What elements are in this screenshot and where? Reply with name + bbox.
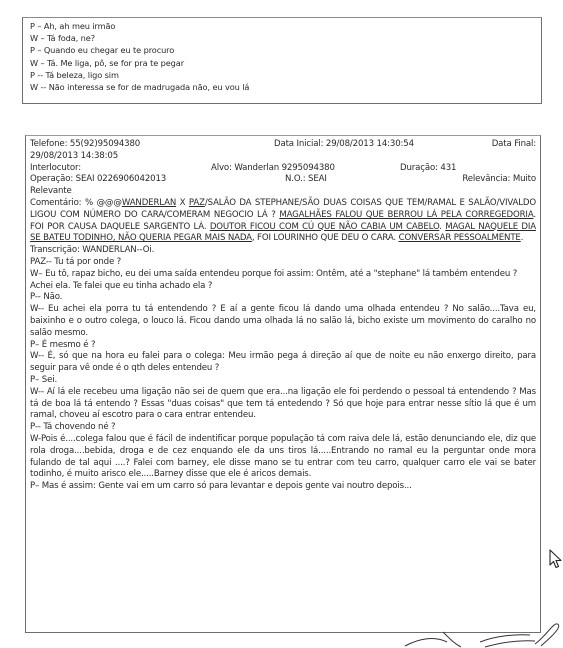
record-header-row-1: Telefone: 55(92)95094380 Data Inicial: 2… — [30, 139, 536, 151]
excerpt-line: W – Tá. Me liga, pô, se for pra te pegar — [30, 57, 535, 69]
record-header-row-4: Operação: SEAI 0226906042013 N.O.: SEAI … — [30, 174, 536, 186]
excerpt-line: W – Tá foda, ne? — [30, 32, 535, 44]
handwritten-signature-icon — [385, 620, 563, 648]
transcript-line: W-- Eu achei ela porra tu tá entendendo … — [30, 304, 536, 339]
no-field: N.O.: SEAI — [285, 174, 327, 186]
transcript-line: Achei ela. Te falei que eu tinha achado … — [30, 281, 536, 293]
excerpt-line: P – Ah, ah meu irmão — [30, 20, 535, 32]
comment-underlined: DOUTOR FICOU COM CÚ QUE NÃO CABIA UM CAB… — [210, 222, 439, 232]
comment-text: , FOI LOURINHO QUE DEU O CARA. — [252, 233, 399, 243]
comment-underlined: MAGALHÃES FALOU QUE BERROU LÁ PELA CORRE… — [279, 210, 533, 220]
transcript-line: W-Pois é....colega falou que é fácil de … — [30, 434, 536, 481]
duracao-field: Duração: 431 — [400, 163, 456, 175]
interlocutor-field: Interlocutor: — [30, 163, 81, 175]
interception-record-box: Telefone: 55(92)95094380 Data Inicial: 2… — [25, 135, 541, 633]
transcript-line: P– Sei. — [30, 375, 536, 387]
transcript-excerpt-box: P – Ah, ah meu irmão W – Tá foda, ne? P … — [22, 17, 542, 104]
transcript-line: P– É mesmo é ? — [30, 340, 536, 352]
comment-text: Comentário: % @@@ — [30, 198, 122, 208]
relevancia-value: Relevante — [30, 186, 72, 198]
telefone-field: Telefone: 55(92)95094380 — [30, 139, 140, 151]
data-final-label: Data Final: — [492, 139, 536, 151]
transcript-line: W-- Aí lá ele recebeu uma ligação não se… — [30, 387, 536, 422]
transcript-line: Transcrição: WANDERLAN--Oi. — [30, 245, 536, 257]
record-header-row-5: Relevante — [30, 186, 536, 198]
comment-text: X — [176, 198, 189, 208]
data-inicial-field: Data Inicial: 29/08/2013 14:30:54 — [274, 139, 414, 151]
comment-underlined: PAZ — [189, 198, 205, 208]
mouse-pointer-icon — [549, 549, 563, 569]
transcript-line: PAZ-- Tu tá por onde ? — [30, 257, 536, 269]
comment-underlined: CONVERSAR PESSOALMENTE — [399, 233, 521, 243]
excerpt-line: P -- Tá beleza, ligo sim — [30, 69, 535, 81]
record-header-row-3: Interlocutor: Alvo: Wanderlan 9295094380… — [30, 163, 536, 175]
alvo-field: Alvo: Wanderlan 9295094380 — [211, 163, 335, 175]
comment-paragraph: Comentário: % @@@WANDERLAN X PAZ/SALÃO D… — [30, 198, 536, 245]
comment-underlined: WANDERLAN — [122, 198, 176, 208]
operacao-field: Operação: SEAI 0226906042013 — [30, 174, 166, 186]
excerpt-line: P – Quando eu chegar eu te procuro — [30, 44, 535, 56]
transcript-line: P– Mas é assim: Gente vai em um carro só… — [30, 481, 536, 493]
transcript-line: W-- É, só que na hora eu falei para o co… — [30, 351, 536, 375]
comment-text: . — [521, 233, 524, 243]
data-final-value: 29/08/2013 14:38:05 — [30, 151, 118, 163]
transcript-line: P-- Tá chovendo né ? — [30, 422, 536, 434]
excerpt-line: W -- Não interessa se for de madrugada n… — [30, 81, 535, 93]
transcript-line: W– Eu tô, rapaz bicho, eu dei uma saída … — [30, 269, 536, 281]
relevancia-label: Relevância: Muito — [462, 174, 536, 186]
transcript-line: P-- Não. — [30, 292, 536, 304]
record-header-row-2: 29/08/2013 14:38:05 — [30, 151, 536, 163]
